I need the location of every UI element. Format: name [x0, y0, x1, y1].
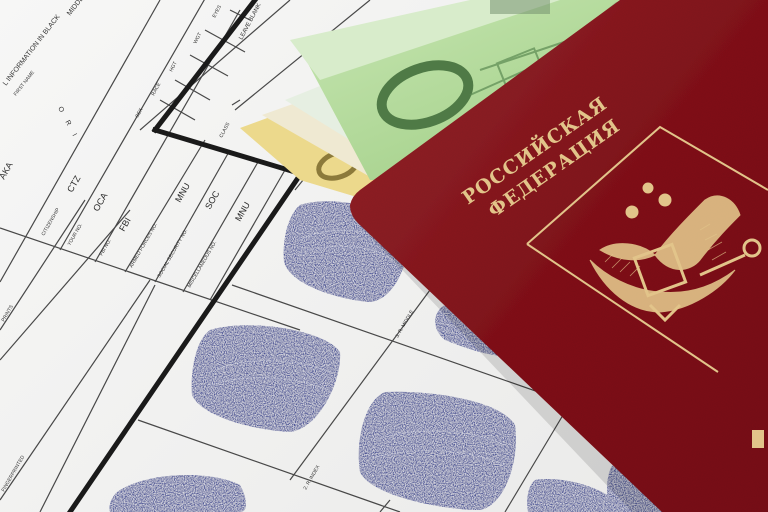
col-sex: SEX — [134, 107, 144, 119]
field-your-no-code: OCA — [91, 191, 109, 213]
field-miscellaneous-code: MNU — [233, 200, 252, 223]
fingerprint-icon — [109, 475, 246, 512]
col-wgt: WGT — [192, 32, 203, 45]
class-label: CLASS — [218, 121, 231, 139]
field-social-security-label: SOCIAL SECURITY NO. — [157, 228, 190, 279]
field-armed-forces-label: ARMED FORCES NO. — [129, 222, 159, 269]
header-middle: MIDDLE — [66, 0, 88, 17]
passport-letter-fragment — [752, 430, 764, 448]
banknote-emblem — [490, 0, 550, 14]
aka-label: AKA — [0, 160, 15, 181]
fingerprint-icon — [192, 325, 341, 432]
field-citizenship-label: CITIZENSHIP — [41, 206, 62, 237]
finger-label-r-index: 2. R. INDEX — [303, 464, 322, 491]
ori-label: O R I — [56, 106, 79, 141]
col-eyes: EYES — [211, 4, 223, 19]
col-race: RACE — [150, 81, 162, 97]
photo-canvas: L INFORMATION IN BLACK MIDDLE FIRST NAME… — [0, 0, 768, 512]
field-miscellaneous-label: MISCELLANEOUS NO. — [187, 240, 219, 289]
finger-label-r-middle: 3. R. MIDDLE — [395, 309, 416, 339]
field-citizenship-code: CTZ — [65, 173, 83, 194]
photo-scene: L INFORMATION IN BLACK MIDDLE FIRST NAME… — [0, 0, 768, 512]
col-hgt: HGT — [168, 61, 178, 73]
side-label-prints: PRINTS — [1, 304, 16, 323]
field-fbi-no-label: FBI NO. — [99, 238, 113, 257]
side-label-fingerprinted: FINGERPRINTED — [1, 454, 27, 493]
field-armed-forces-code: MNU — [173, 181, 192, 204]
